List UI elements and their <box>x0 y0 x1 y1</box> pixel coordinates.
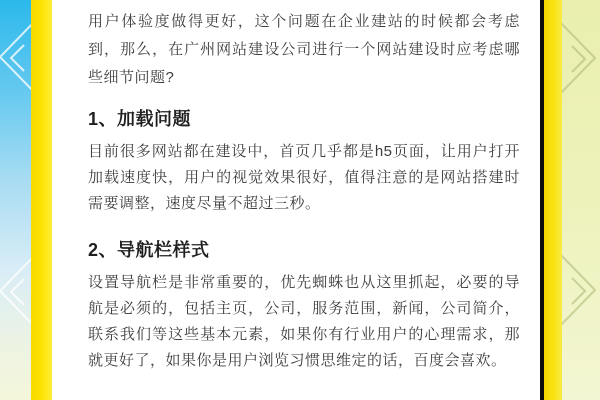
section-1-heading: 1、加载问题 <box>88 108 520 130</box>
chevron-right-pattern-icon <box>562 0 600 400</box>
right-accent-strip <box>562 0 600 400</box>
left-accent-strip <box>0 0 31 400</box>
section-2-body: 设置导航栏是非常重要的，优先蜘蛛也从这里抓起，必要的导航是必须的，包括主页，公司… <box>88 270 520 374</box>
article-page: 用户体验度做得更好，这个问题在企业建站的时候都会考虑到，那么，在广州网站建设公司… <box>0 0 600 400</box>
chevron-left-pattern-icon <box>0 0 31 400</box>
left-yellow-band <box>31 0 52 400</box>
section-1-body: 目前很多网站都在建设中，首页几乎都是h5页面，让用户打开加载速度快，用户的视觉效… <box>88 139 520 217</box>
article-content: 用户体验度做得更好，这个问题在企业建站的时候都会考虑到，那么，在广州网站建设公司… <box>52 0 540 400</box>
right-yellow-band <box>544 0 562 400</box>
intro-paragraph: 用户体验度做得更好，这个问题在企业建站的时候都会考虑到，那么，在广州网站建设公司… <box>88 8 520 92</box>
section-2-heading: 2、导航栏样式 <box>88 239 520 261</box>
